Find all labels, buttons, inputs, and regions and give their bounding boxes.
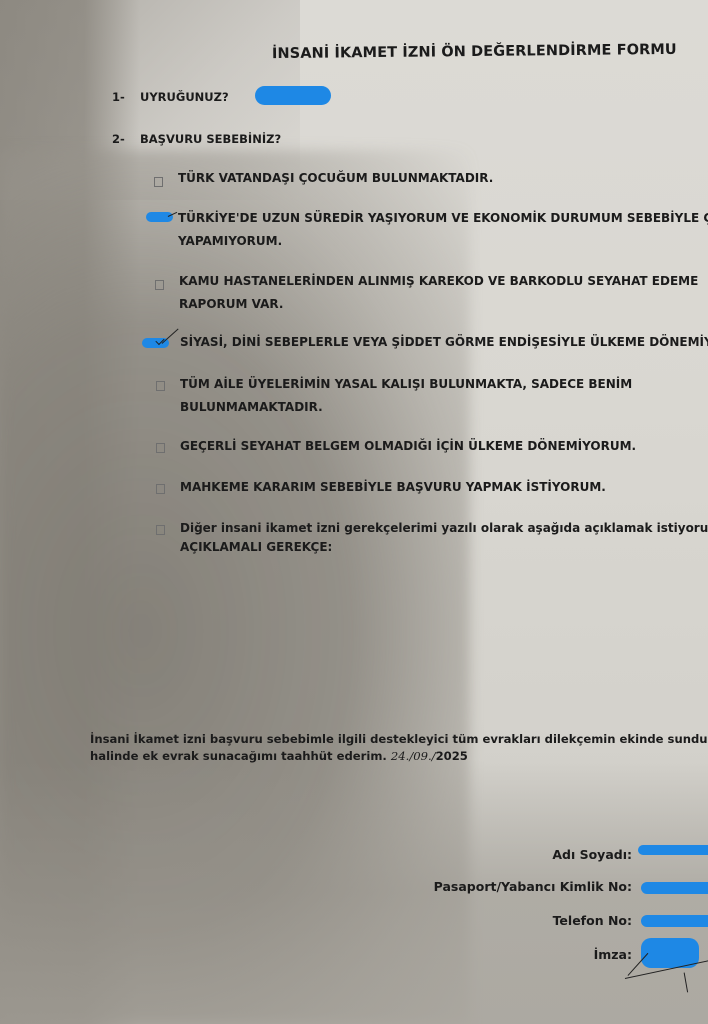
option-1-text: TÜRK VATANDAŞI ÇOCUĞUM BULUNMAKTADIR. <box>178 171 493 185</box>
option-7-text: MAHKEME KARARIM SEBEBİYLE BAŞVURU YAPMAK… <box>180 480 606 494</box>
redacted-nationality <box>255 86 331 105</box>
name-label: Adı Soyadı: <box>552 847 632 862</box>
option-3-text-line2: RAPORUM VAR. <box>179 297 283 311</box>
phone-label: Telefon No: <box>553 913 632 928</box>
date-year: 2025 <box>436 749 468 763</box>
signature-label: İmza: <box>594 947 632 962</box>
redacted-passport <box>641 882 708 894</box>
option-8-text: Diğer insani ikamet izni gerekçelerimi y… <box>180 521 708 535</box>
handwritten-date: 24./09./ <box>391 749 436 763</box>
checkbox-option-3[interactable] <box>155 280 164 290</box>
redacted-name <box>638 845 708 855</box>
option-3-text: KAMU HASTANELERİNDEN ALINMIŞ KAREKOD VE … <box>179 274 698 288</box>
option-5-text: TÜM AİLE ÜYELERİMİN YASAL KALIŞI BULUNMA… <box>180 377 632 391</box>
signature-stroke-icon <box>683 973 688 993</box>
check-mark-stroke-icon <box>162 328 179 344</box>
checkbox-option-7[interactable] <box>156 484 165 494</box>
checkbox-option-6[interactable] <box>156 443 165 453</box>
question-label: BAŞVURU SEBEBİNİZ? <box>140 132 281 146</box>
question-reason: 2- BAŞVURU SEBEBİNİZ? <box>112 132 281 146</box>
checkbox-option-8[interactable] <box>156 525 165 535</box>
option-6-text: GEÇERLİ SEYAHAT BELGEM OLMADIĞI İÇİN ÜLK… <box>180 439 636 453</box>
option-2-text: TÜRKİYE'DE UZUN SÜREDİR YAŞIYORUM VE EKO… <box>178 211 708 225</box>
redacted-phone <box>641 915 708 927</box>
form-title: İNSANİ İKAMET İZNİ ÖN DEĞERLENDİRME FORM… <box>272 42 677 62</box>
option-8-text-line2: AÇIKLAMALI GEREKÇE: <box>180 540 332 554</box>
declaration-text: halinde ek evrak sunacağımı taahhüt eder… <box>90 749 387 763</box>
option-4-text: SİYASİ, DİNİ SEBEPLERLE VEYA ŞİDDET GÖRM… <box>180 335 708 349</box>
option-5-text-line2: BULUNMAMAKTADIR. <box>180 400 323 414</box>
declaration-line2: halinde ek evrak sunacağımı taahhüt eder… <box>90 749 468 763</box>
option-2-text-line2: YAPAMIYORUM. <box>178 234 282 248</box>
declaration-line1: İnsani İkamet izni başvuru sebebimle ilg… <box>90 732 708 746</box>
checkbox-option-1[interactable] <box>154 177 163 187</box>
question-label: UYRUĞUNUZ? <box>140 90 229 104</box>
passport-label: Pasaport/Yabancı Kimlik No: <box>434 879 632 894</box>
checkbox-option-5[interactable] <box>156 381 165 391</box>
question-number: 1- <box>112 90 136 104</box>
question-number: 2- <box>112 132 136 146</box>
form-document: İNSANİ İKAMET İZNİ ÖN DEĞERLENDİRME FORM… <box>0 0 708 1024</box>
question-nationality: 1- UYRUĞUNUZ? <box>112 90 229 104</box>
redacted-check-option-2 <box>146 212 173 222</box>
